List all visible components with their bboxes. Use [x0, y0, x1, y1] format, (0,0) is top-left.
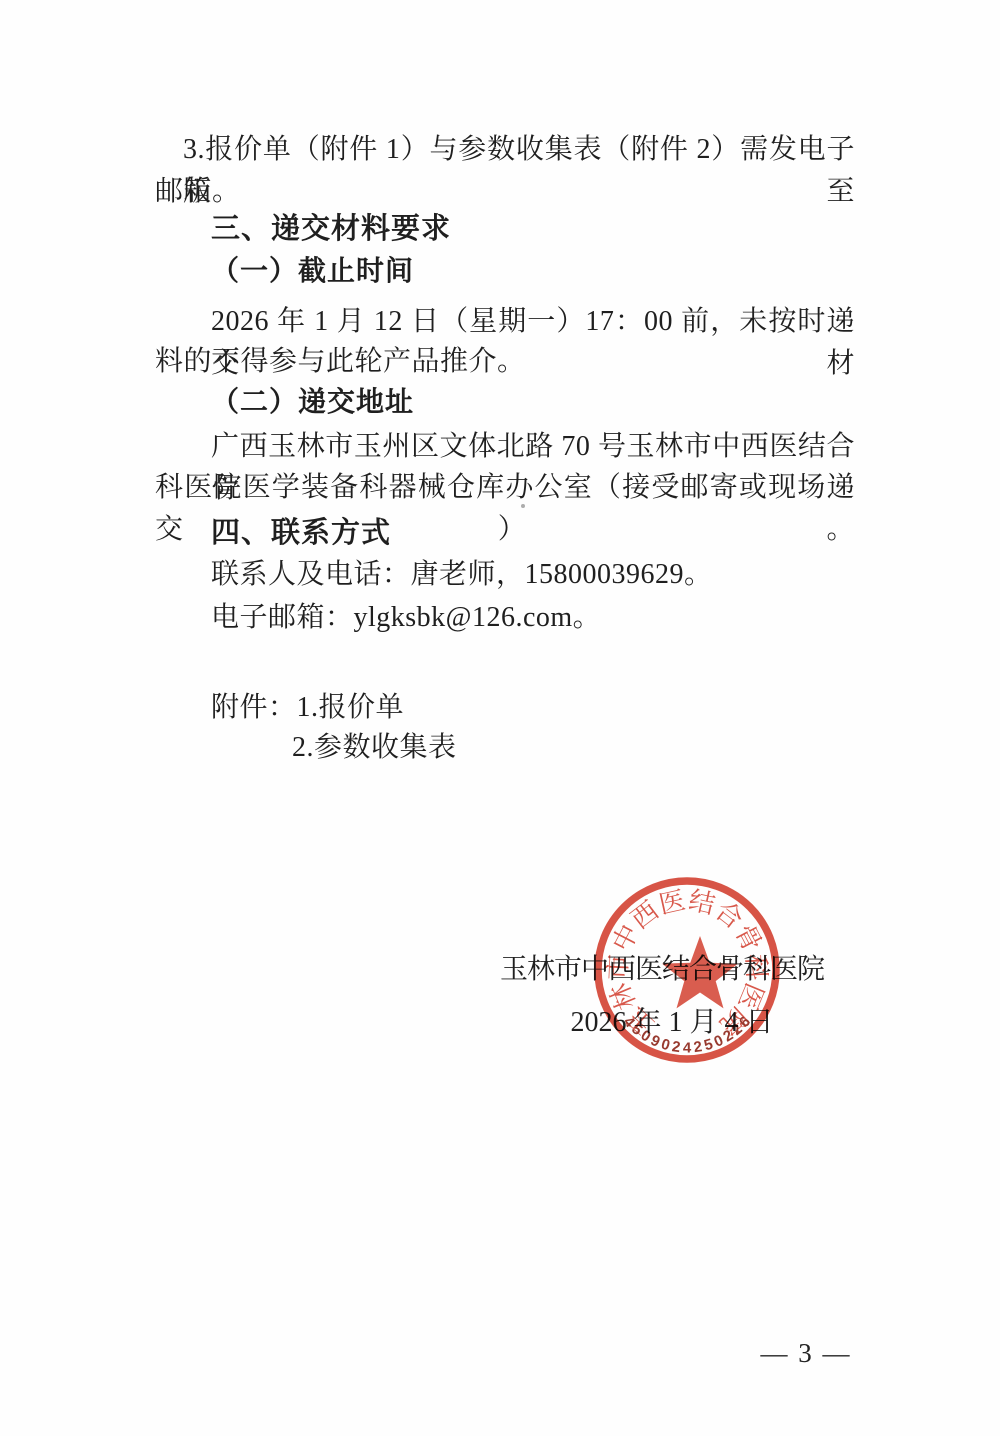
official-seal: 玉林市中西医结合骨科医院4509024250226 — [557, 840, 817, 1100]
section-heading-contact: 四、联系方式 — [211, 512, 391, 554]
svg-text:医: 医 — [656, 886, 688, 920]
body-line-contact-email: 电子邮箱：ylgksbk@126.com。 — [211, 597, 601, 639]
subsection-heading-address: （二）递交地址 — [211, 382, 414, 424]
attachment-line-2: 2.参数收集表 — [292, 727, 457, 769]
attachment-line-1: 附件：1.报价单 — [211, 687, 404, 729]
scanned-document-page: 3.报价单（附件 1）与参数收集表（附件 2）需发电子版至 邮箱。 三、递交材料… — [0, 0, 1000, 1436]
body-line-deadline-2: 料的不得参与此轮产品推介。 — [155, 341, 526, 383]
body-line-mailbox: 邮箱。 — [155, 171, 241, 213]
subsection-heading-deadline: （一）截止时间 — [211, 251, 414, 293]
svg-text:科: 科 — [741, 953, 771, 980]
svg-text:2: 2 — [693, 1038, 704, 1056]
official-seal-graphic: 玉林市中西医结合骨科医院4509024250226 — [557, 840, 817, 1100]
svg-text:4: 4 — [683, 1040, 692, 1057]
page-number: — 3 — — [746, 1338, 866, 1369]
svg-text:市: 市 — [603, 953, 633, 980]
body-line-electronic-copy: 3.报价单（附件 1）与参数收集表（附件 2）需发电子版至 — [183, 129, 855, 213]
body-line-contact-phone: 联系人及电话：唐老师，15800039629。 — [211, 554, 713, 596]
svg-text:2: 2 — [671, 1038, 682, 1056]
scan-speck — [521, 504, 525, 508]
section-heading-submission-requirements: 三、递交材料要求 — [211, 208, 451, 250]
